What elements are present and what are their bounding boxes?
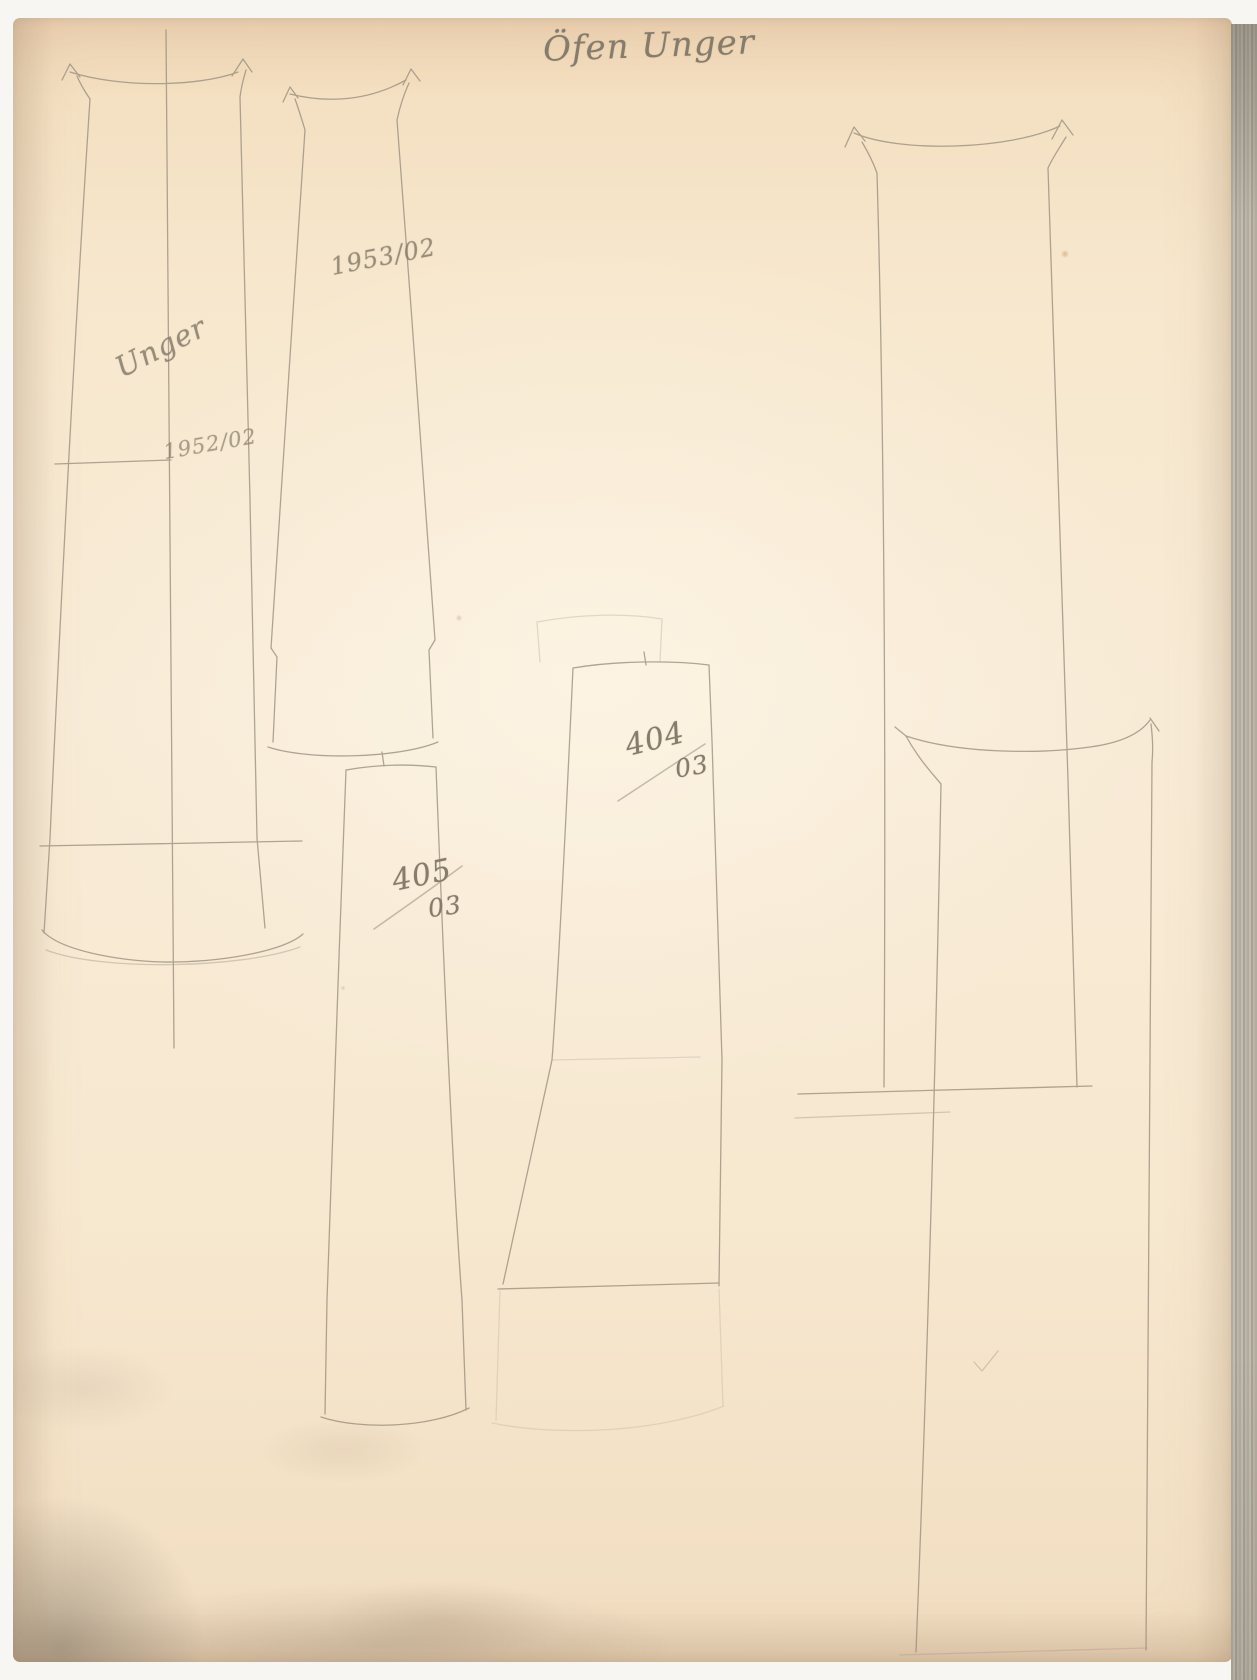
paper-stains xyxy=(13,18,1232,1662)
model-number-404-suffix: 03 xyxy=(673,749,711,783)
drawing-sheet xyxy=(13,18,1232,1662)
sheet-title-handwriting: Öfen Unger xyxy=(542,22,755,69)
model-number-405-suffix: 03 xyxy=(426,890,464,923)
backing-board-edge xyxy=(1231,24,1257,1680)
scan-background: Öfen Unger Unger 1952/02 1953/02 404 03 … xyxy=(0,0,1257,1680)
